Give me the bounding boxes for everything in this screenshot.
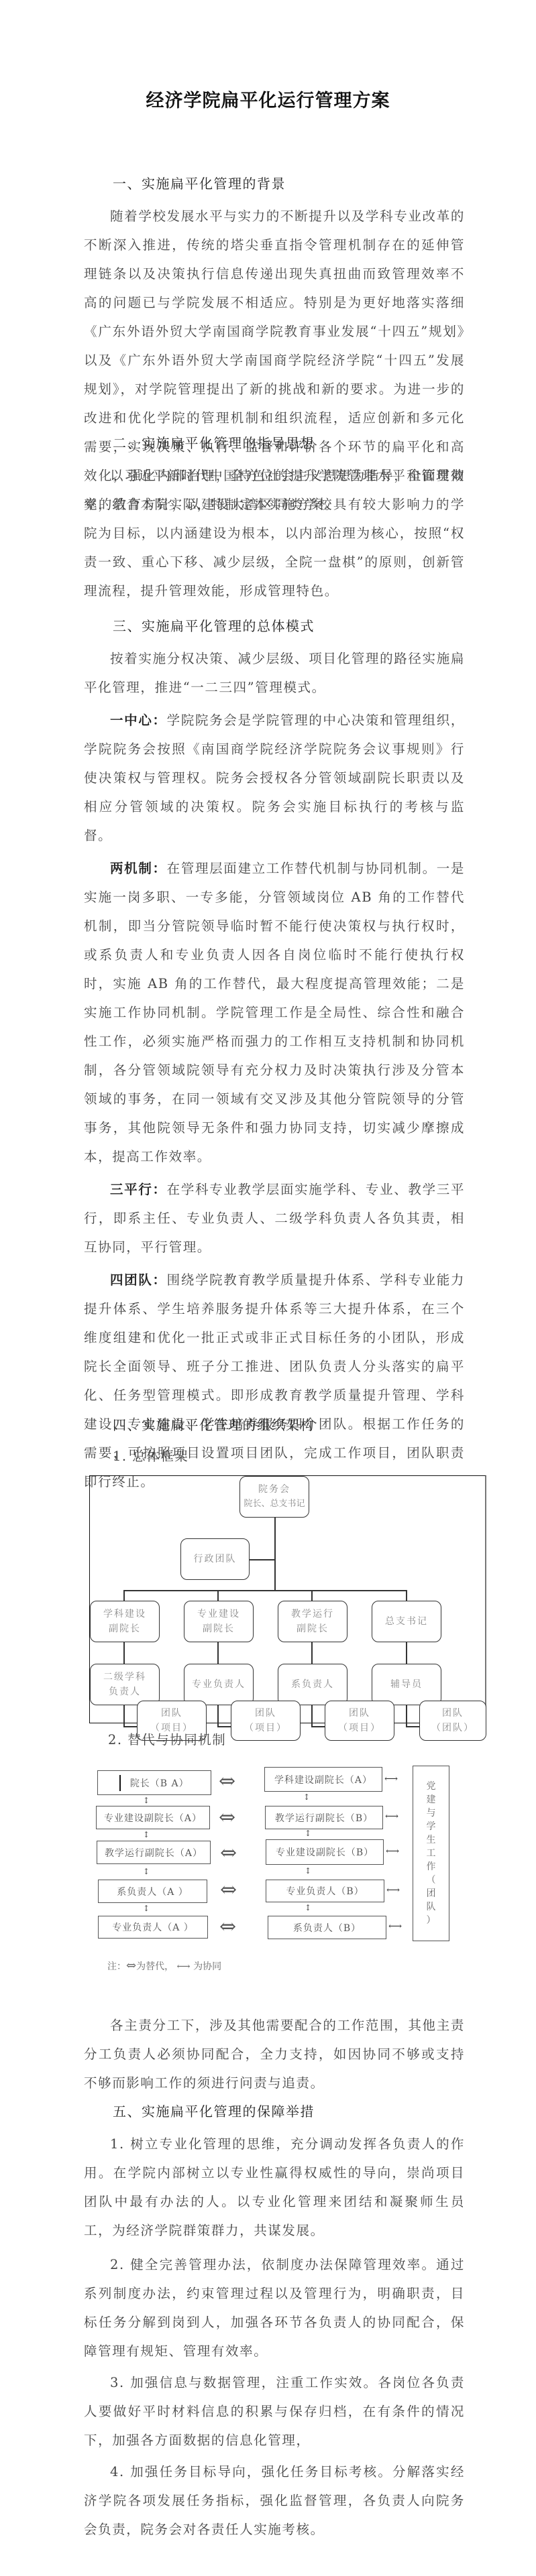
side-char: 团 [427,1887,436,1900]
node-label: 学科建设 [103,1607,146,1621]
connector-line [217,1705,219,1727]
node-label: （项目） [338,1721,381,1735]
node-label: 团队 [161,1706,182,1721]
node-label: 团队 [349,1706,370,1721]
double-arrow-icon: ⇔ [220,1884,237,1897]
node-label: 副院长 [297,1621,329,1636]
single-arrow-icon: ⟷ [386,1885,400,1896]
connector-line [406,1590,407,1601]
item-one-center: 一中心：学院院务会是学院管理的中心决策和管理组织，学院院务会按照《南国商学院经济… [84,706,465,850]
legend-prefix: 注： [107,1961,126,1972]
node-team: 团队 （项目） [325,1701,394,1741]
item-lead: 三平行： [110,1182,167,1197]
node-council: 院务会 院长、总支书记 [239,1476,309,1518]
vertical-arrow-icon: ↕ [303,1792,310,1802]
node-discipline-lead: 二级学科 负责人 [90,1664,160,1705]
cursor-mark [119,1775,121,1791]
document-page: 经济学院扁平化运行管理方案 一、实施扁平化管理的背景 随着学校发展水平与实力的不… [0,0,536,2576]
side-char: 作 [427,1860,436,1874]
double-arrow-icon: ⇔ [126,1959,136,1973]
single-arrow-icon: ⟷ [385,1811,398,1822]
single-arrow-icon: ⟷ [388,1921,402,1932]
node-party-secretary: 总支书记 [372,1601,441,1642]
vertical-arrow-icon: ↕ [143,1830,150,1839]
node-admin-team: 行政团队 [180,1538,250,1580]
item-three-parallel: 三平行：在学科专业教学层面实施学科、专业、教学三平行，即系主任、专业负责人、二级… [84,1175,465,1262]
measure-item: 2. 健全完善管理办法，依制度办法保障管理效率。通过系列制度办法，约束管理过程以… [84,2250,465,2366]
connector-line [123,1705,125,1727]
item-lead: 两机制： [110,861,167,876]
node-label: 副院长 [109,1621,141,1636]
box-party-student-work: 党 建 与 学 生 工 作 （ 团 队 ） [413,1766,449,1941]
vertical-arrow-icon: ↕ [143,1904,150,1913]
node-label: 院长、总支书记 [244,1497,305,1512]
double-arrow-icon: ⇔ [220,1847,237,1860]
box-department-lead-a: 系负责人（A ） [98,1880,207,1903]
legend-substitution-label: 为替代， [136,1961,174,1972]
section-5-body: 1. 树立专业化管理的思维，充分调动发挥各负责人的作用。在学院内部树立以专业性赢… [84,2130,465,2544]
measure-item: 3. 加强信息与数据管理，注重工作实效。各岗位各负责人要做好平时材料信息的积累与… [84,2368,465,2455]
double-arrow-icon: ⇔ [219,1811,235,1825]
vertical-arrow-icon: ↕ [143,1867,150,1876]
box-vice-dean-major-b: 专业建设副院长（B） [266,1839,384,1865]
single-arrow-icon: ⟷ [177,1961,191,1972]
node-label: 教学运行 [291,1607,334,1621]
side-char: ） [427,1914,436,1927]
connector-line [406,1726,419,1727]
side-char: 队 [427,1900,436,1914]
measure-item: 4. 加强任务目标导向，强化任务目标考核。分解落实经济学院各项发展任务指标，强化… [84,2457,465,2544]
single-arrow-icon: ⟷ [386,1846,399,1857]
diagram-legend: 注：⇔为替代， ⟷ 为协同 [107,1959,221,1973]
box-vice-dean-teaching-a: 教学运行副院长（A） [97,1841,211,1864]
item-text: 在管理层面建立工作替代机制与协同机制。一是实施一岗多职、一专多能，分管领域岗位 … [84,861,465,1164]
connector-line [217,1726,231,1727]
connector-line [406,1705,407,1727]
node-label: （项目） [244,1721,287,1735]
connector-line [311,1705,313,1727]
side-char: 与 [427,1806,436,1820]
connector-line [123,1590,125,1601]
side-char: （ [427,1874,436,1887]
node-counselor: 辅导员 [372,1664,441,1705]
connector-line [123,1642,125,1664]
measure-item: 1. 树立专业化管理的思维，充分调动发挥各负责人的作用。在学院内部树立以专业性赢… [84,2130,465,2245]
org-chart: 院务会 院长、总支书记 行政团队 学科建设 副院长 二级学科 负责人 专业建设 … [89,1475,486,1723]
paragraph: 各主责分工下，涉及其他需要配合的工作范围，其他主责分工负责人必须协同配合，全力支… [84,2011,465,2097]
section-3-body: 按着实施分权决策、减少层级、项目化管理的路径实施扁平化管理，推进“一二三四”管理… [84,644,465,1496]
side-char: 生 [427,1833,436,1847]
node-team: 团队 （团队） [419,1701,486,1741]
connector-line [123,1726,137,1727]
node-label: 团队 [442,1706,464,1721]
node-vice-dean-teaching: 教学运行 副院长 [278,1601,347,1642]
node-label: 专业建设 [197,1607,240,1621]
connector-line [250,1559,275,1560]
box-vice-dean-discipline-a: 学科建设副院长（A） [264,1767,382,1792]
side-char: 建 [427,1793,436,1806]
node-team: 团队 （项目） [231,1701,301,1741]
document-title: 经济学院扁平化运行管理方案 [0,86,536,112]
box-major-lead-b: 专业负责人（B） [266,1880,384,1902]
box-department-lead-b: 系负责人（B） [268,1916,386,1939]
section-2-body: 以习近平新时代中国特色社会主义思想为指导，全面贯彻党的教育方针，以建设大湾区同类… [84,461,465,605]
section-heading-4: 四、实施扁平化管理的组织架构 [113,1414,315,1434]
connector-line [311,1642,313,1664]
node-label: 团队 [255,1706,276,1721]
side-char: 工 [427,1847,436,1860]
section-heading-2: 二、实施扁平化管理的指导思想 [113,432,315,452]
item-text: 学院院务会是学院管理的中心决策和管理组织，学院院务会按照《南国商学院经济学院院务… [84,713,465,843]
node-major-lead: 专业负责人 [184,1664,254,1705]
box-major-lead-a: 专业负责人（A ） [98,1916,208,1939]
connector-line [311,1590,313,1601]
node-department-lead: 系负责人 [278,1664,347,1705]
vertical-arrow-icon: ↕ [305,1866,311,1876]
double-arrow-icon: ⇔ [219,1920,236,1934]
single-arrow-icon: ⟷ [384,1774,398,1784]
node-label: 院务会 [258,1482,290,1497]
box-label: 院长（B A） [130,1776,189,1790]
paragraph: 以习近平新时代中国特色社会主义思想为指导，全面贯彻党的教育方针，以建设大湾区同类… [84,461,465,605]
box-dean: 院长（B A） [97,1770,211,1795]
section-heading-3: 三、实施扁平化管理的总体模式 [113,615,315,635]
node-label: （团队） [431,1721,474,1735]
connector-line [123,1590,406,1591]
node-label: 副院长 [203,1621,235,1636]
side-char: 党 [427,1780,436,1793]
node-vice-dean-discipline: 学科建设 副院长 [90,1601,160,1642]
item-lead: 一中心： [110,713,167,728]
subheading-framework: 1. 总体框架 [113,1446,189,1465]
item-two-mechanisms: 两机制：在管理层面建立工作替代机制与协同机制。一是实施一岗多职、一专多能，分管领… [84,854,465,1171]
vertical-arrow-icon: ↕ [305,1903,311,1912]
node-label: 二级学科 [103,1670,146,1684]
vertical-arrow-icon: ↕ [143,1796,150,1805]
subheading-mechanism: 2. 替代与协同机制 [108,1729,226,1748]
item-lead: 四团队： [110,1272,167,1288]
double-arrow-icon: ⇔ [219,1775,235,1788]
box-vice-dean-major-a: 专业建设副院长（A） [96,1806,210,1829]
node-label: 负责人 [109,1684,141,1699]
connector-line [217,1642,219,1664]
box-vice-dean-teaching-b: 教学运行副院长（B） [265,1806,383,1829]
side-char: 学 [427,1820,436,1833]
connector-line [274,1518,276,1591]
vertical-arrow-icon: ↕ [305,1829,311,1838]
legend-coordination-label: 为协同 [193,1961,221,1972]
paragraph: 按着实施分权决策、减少层级、项目化管理的路径实施扁平化管理，推进“一二三四”管理… [84,644,465,702]
section-heading-1: 一、实施扁平化管理的背景 [113,173,286,192]
connector-line [406,1642,407,1664]
connector-line [311,1726,325,1727]
node-vice-dean-major: 专业建设 副院长 [184,1601,254,1642]
section-4-after-diagram: 各主责分工下，涉及其他需要配合的工作范围，其他主责分工负责人必须协同配合，全力支… [84,2011,465,2097]
connector-line [217,1590,219,1601]
section-heading-5: 五、实施扁平化管理的保障举措 [113,2101,315,2120]
